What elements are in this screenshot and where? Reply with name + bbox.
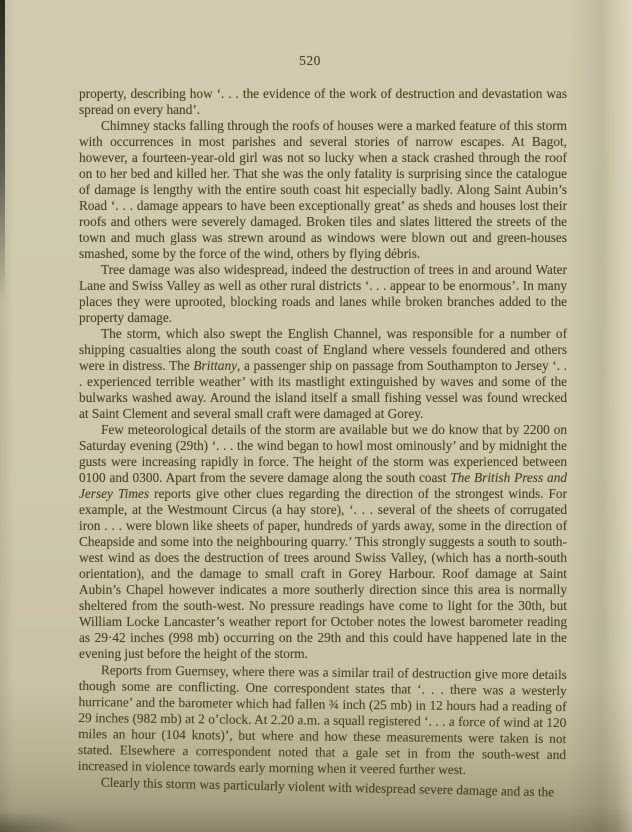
paragraph: Few meteorological details of the storm … — [79, 422, 567, 662]
paragraph: Chimney stacks falling through the roofs… — [79, 118, 567, 262]
text-run: reports give other clues regarding the d… — [79, 486, 567, 661]
italic-text-run: Brittany — [193, 358, 237, 373]
text-run: Reports from Guernsey, where there was a… — [78, 662, 567, 777]
paragraph: The storm, which also swept the English … — [79, 326, 567, 422]
text-run: Tree damage was also widespread, indeed … — [79, 262, 567, 325]
text-block: property, describing how ‘. . . the evid… — [79, 86, 567, 790]
text-run: Chimney stacks falling through the roofs… — [79, 118, 567, 261]
paragraph: Tree damage was also widespread, indeed … — [79, 262, 567, 326]
page-left-edge-shadow — [0, 0, 5, 300]
page-number: 520 — [0, 53, 620, 69]
text-run: property, describing how ‘. . . the evid… — [79, 86, 567, 117]
paragraph: property, describing how ‘. . . the evid… — [79, 86, 567, 118]
paragraph: Reports from Guernsey, where there was a… — [78, 662, 567, 779]
book-page: 520 property, describing how ‘. . . the … — [0, 0, 632, 832]
